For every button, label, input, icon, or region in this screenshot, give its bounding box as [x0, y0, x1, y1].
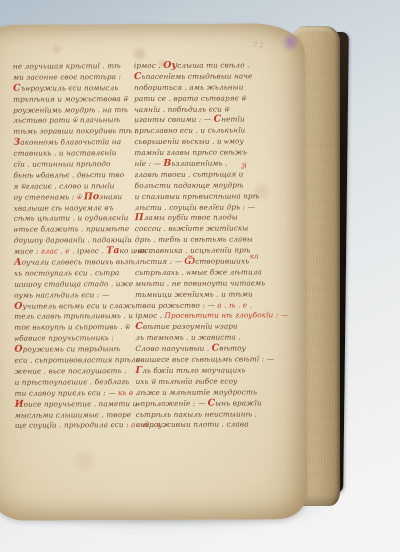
rubric-initial: С: [212, 343, 220, 354]
manuscript-line: главѣ твоєи . сьтрѣщая и: [134, 169, 262, 181]
manuscript-line: болѣсти падающе моудрѣ: [135, 180, 263, 192]
ink-text: лѣстия : —: [135, 257, 184, 266]
manuscript-line: явишесе вьсе сьвѣщьмь свѣтї : —: [135, 354, 263, 366]
ink-text: ламы оубїи твоє плоды: [144, 213, 238, 222]
ink-text: роужиємь си тврьдынѣ: [23, 344, 120, 354]
manuscript-line: ѡбависе проучьстьникь :: [14, 333, 135, 345]
ink-text: хь постоупаль єси . сьтра: [14, 268, 119, 278]
rubric-initial: И: [15, 398, 24, 409]
manuscript-line: ѡтьсе блажить . приимѣте: [14, 224, 135, 236]
manuscript-line: сьврьшенїи вьскыи . и ѡмоу: [134, 137, 262, 149]
rubric-initial: С: [134, 71, 142, 82]
manuscript-line: жениє . вьсе послоушаєть .: [14, 366, 135, 378]
manuscript-line: сїи . истинныи прѣподо: [13, 159, 134, 171]
ink-text: лѣже и млѣнитїе моудрость: [136, 387, 257, 397]
rubric-initial: С: [13, 82, 21, 93]
ink-text: и прѣстоупаєшиє . безблагь: [15, 377, 130, 387]
rubric-initial: Та: [106, 245, 119, 256]
ink-text: дрѣ . тебѣ и свѣтьмь славы: [135, 235, 253, 245]
ink-text: я ѿгласиє . слово и пѣнїи: [14, 181, 115, 191]
ink-text: доушоу дарованїи . падающїи: [14, 235, 132, 245]
rubric-initial: П: [135, 212, 144, 223]
manuscript-line: ми засонне своє постѣра :: [13, 72, 134, 84]
ink-text: главѣ твоєи . сьтрѣщая и: [134, 169, 243, 179]
ink-stain: [282, 33, 299, 52]
ink-text: жениє . вьсе послоушаєть .: [14, 366, 126, 376]
rubric-text: глас . е .: [41, 247, 77, 256]
manuscript-line: и прѣстоупаєшиє . безблагь: [15, 377, 136, 389]
manuscript-line: Оучитель всѣмь єси и слажь: [14, 301, 135, 313]
ink-text: и спаливыи прѣвыспѣшна прѣ: [135, 191, 260, 201]
ink-text: слыша ти свѣло .: [177, 60, 249, 69]
ink-text: мисе :: [14, 247, 41, 256]
ink-text: ихь ѿ тьлѣнїа гыбсе єсоу: [136, 376, 238, 386]
rubric-text: Просвѣтити нѣ глоубокїи : —: [165, 311, 289, 321]
ink-text: мыслѣми слышимыє . творе: [15, 410, 132, 420]
ink-text: бьнѣ ѡбавлѣє . двьсти тво: [13, 170, 124, 180]
photo-scene: не лоучьшая крѣстиї . тѣми засонне своє …: [0, 0, 400, 552]
rubric-initial: З: [13, 137, 20, 148]
ink-text: вьдроуживыи плоти . слава: [136, 420, 249, 430]
manuscript-line: шишоу стадища стадо . иже: [14, 279, 135, 291]
ink-text: сѣмь цѣлити . и оудивлєнїи: [14, 214, 129, 224]
ink-text: иганты своими : —: [134, 115, 213, 124]
rubric-text: а . ѣ . е .: [217, 300, 252, 309]
manuscript-line: хвалыше сѣ наоуємлє въ: [14, 203, 135, 215]
rubric-initial: По: [84, 191, 99, 202]
manuscript-line: Ороужиємь си тврьдынѣ: [14, 344, 135, 356]
manuscript-line: Иоисе проучьєтиє . памети и: [15, 399, 136, 411]
ink-text: побориться . амь жьльныи: [134, 82, 244, 92]
ink-text: твои рожьство : —: [135, 300, 217, 309]
manuscript-line: я ѿгласиє . слово и пѣнїи: [14, 181, 135, 193]
ink-text: ще соущїи . прѣродила єси :: [15, 420, 131, 430]
ink-text: ьпасенїемь стыдѣвыи наче: [142, 71, 253, 81]
manuscript-line: роуженїимь моудрѣ . на тѣ: [13, 105, 134, 117]
manuscript-line: не лоучьшая крѣстиї . тѣ: [13, 61, 134, 73]
ink-text: ль бжїи тѣло моучащихь: [142, 365, 246, 375]
ink-text: ставникь . и наставлєнїи: [13, 148, 116, 158]
ink-text: оисе проучьєтиє . памети и: [24, 399, 138, 409]
ink-text: ірмос .: [134, 61, 163, 70]
manuscript-line: мнѣти . не повиноути читаємь: [135, 278, 263, 290]
ink-text: тель славѣ трьпѣливымь . и: [14, 312, 133, 322]
ink-text: наставника . исцѣлєнїи прѣ: [135, 246, 251, 256]
ink-text: хвалыше сѣ наоуємлє въ: [14, 203, 114, 213]
manuscript-line: вьдроуживыи плоти . слава: [136, 420, 264, 432]
manuscript-line: твои рожьство : — а . ѣ . е .: [135, 300, 263, 312]
ink-text: не лоучьшая крѣстиї . тѣ: [13, 61, 121, 71]
manuscript-line: рати се . врата сьтваряє ѿ: [134, 93, 262, 105]
ink-text: ль темномь . и жависта .: [135, 333, 240, 343]
manuscript-page: не лоучьшая крѣстиї . тѣми засонне своє …: [0, 23, 307, 521]
ink-text: рати се . врата сьтваряє ѿ: [134, 93, 246, 103]
ink-text: аконномь благочьстїа на: [20, 137, 121, 147]
ink-text: ти славоу приєль єси : —: [15, 388, 118, 398]
manuscript-line: ихь ѿ тьлѣнїа гыбсе єсоу: [136, 376, 264, 388]
manuscript-line: тамнїи главы прѣсо свѣжь: [134, 148, 262, 160]
ink-text: тоє вькоупѣ и сьпротивь . ѿ: [14, 322, 129, 332]
ink-text: сїи . истинныи прѣподо: [13, 159, 110, 169]
manuscript-line: мисе : глас . е . ірмос . Тако и вь .: [14, 246, 135, 258]
ink-text: прѣславно єси . и сьлькьнїи: [134, 126, 245, 136]
manuscript-line: и спаливыи прѣвыспѣшна прѣ: [135, 191, 263, 203]
manuscript-line: ірмос . Просвѣтити нѣ глоубокїи : —: [135, 311, 263, 323]
manuscript-line: прѣславно єси . и сьлькьнїи: [134, 126, 262, 138]
manuscript-line: Съѡроужиль єси помысль: [13, 83, 134, 95]
manuscript-line: Гль бжїи тѣло моучащихь: [135, 365, 263, 377]
ink-text: оумь наслѣдиль єси : —: [14, 290, 109, 299]
manuscript-line: лѣже и млѣнитїе моудрость: [136, 387, 264, 399]
manuscript-line: Законномь благочьстїа на: [13, 137, 134, 149]
ink-text: створившихь: [195, 256, 249, 265]
ink-text: тамнїи главы прѣсо свѣжь: [134, 148, 247, 158]
manuscript-line: ставникь . и наставлєнїи: [13, 148, 134, 160]
ink-text: трьпѣния и моужьствова ѿ: [13, 94, 128, 104]
ink-text: ірмос .: [77, 246, 106, 255]
manuscript-line: трьпѣния и моужьствова ѿ: [13, 94, 134, 106]
manuscript-line: побориться . амь жьльныи: [134, 82, 262, 94]
manuscript-line: лѣстия : — Ѿстворившихь: [135, 256, 263, 268]
rubric-initial: А: [14, 257, 22, 268]
margin-note: ѯі: [241, 161, 247, 169]
ink-text: ѡтьсе блажить . приимѣте: [14, 224, 129, 234]
ink-text: шишоу стадища стадо . иже: [14, 279, 133, 289]
ink-text: тьмници женїихмь . и тѣми: [135, 289, 253, 299]
ink-text: роуженїимь моудрѣ . на тѣ: [13, 105, 128, 115]
manuscript-line: бьнѣ ѡбавлѣє . двьсти тво: [13, 170, 134, 182]
manuscript-line: єси . сьпротивовластия прѣло: [14, 355, 135, 367]
ink-text: ми засонне своє постѣра :: [13, 72, 121, 82]
manuscript-line: ще соущїи . прѣродила єси : а . ѣ . ѕ .: [15, 420, 136, 432]
manuscript-line: Свѣтиє разоумнїи ѡзари: [135, 322, 263, 334]
manuscript-line: соєсои . вьжїите житїискы: [135, 224, 263, 236]
manuscript-line: сьтрѣлахь . ѡмыє бже лѣтила: [135, 267, 263, 279]
ink-text: сьврьшенїи вьскыи . и ѡмоу: [134, 137, 244, 147]
manuscript-line: Слово наоучивыи . Свѣтоу: [135, 344, 263, 356]
ink-text: знаяи: [99, 192, 122, 201]
ink-text: єси . сьпротивовластия прѣло: [14, 355, 140, 365]
manuscript-line: ірмос . Оуслыша ти свѣло .: [134, 60, 262, 72]
ink-text: нїе : —: [134, 159, 163, 168]
text-column-left: не лоучьшая крѣстиї . тѣми засонне своє …: [13, 61, 136, 432]
manuscript-line: оумь наслѣдиль єси : —: [14, 290, 135, 302]
margin-note: ка: [250, 252, 259, 260]
ink-text: льстиво рати ѿ плачьныѣ: [13, 116, 120, 126]
ink-text: оучали словесь твоихь вьзѣ: [22, 257, 135, 267]
ink-text: тѣмь зоравши покоудивь тѣ :: [13, 126, 137, 136]
ink-text: мнѣти . не повиноути читаємь: [135, 278, 265, 288]
ink-text: Слово наоучивыи .: [135, 344, 211, 353]
rubric-initial: С: [135, 321, 143, 332]
text-column-right: ірмос . Оуслыша ти свѣло .Сьпасенїемь ст…: [134, 60, 264, 431]
manuscript-line: ти славоу приєль єси : — кь ѳ .: [15, 388, 136, 400]
manuscript-line: дрѣ . тебѣ и свѣтьмь славы: [135, 235, 263, 247]
ink-text: ѡпрѣложенїе : —: [136, 398, 208, 407]
manuscript-line: тьмници женїихмь . и тѣми: [135, 289, 263, 301]
manuscript-line: Сьпасенїемь стыдѣвыи наче: [134, 71, 262, 83]
manuscript-line: ѡпрѣложенїе : — Сынь вражїи: [136, 398, 264, 410]
ink-text: нетїи: [221, 115, 245, 124]
manuscript-line: сьтрѣль пакыль неистыинѣ .: [136, 409, 264, 421]
ink-text: ынь вражїи: [215, 398, 262, 407]
manuscript-line: ль темномь . и жависта .: [135, 333, 263, 345]
ink-text: сьтрѣлахь . ѡмыє бже лѣтила: [135, 267, 262, 277]
manuscript-line: тоє вькоупѣ и сьпротивь . ѿ: [14, 322, 135, 334]
manuscript-line: льстиво рати ѿ плачьныѣ: [13, 116, 134, 128]
ink-text: лѣсти . соущїи велїєи дрь : —: [135, 202, 255, 212]
ink-text: вѣтоу: [219, 344, 246, 353]
rubric-initial: Оу: [163, 60, 177, 71]
ink-text: ъѡроужиль єси помысль: [21, 83, 119, 93]
ink-text: чаянїи . побѣдиль єси ѿ: [134, 104, 229, 113]
ink-text: соєсои . вьжїите житїискы: [135, 224, 249, 234]
ink-text: сьтрѣль пакыль неистыинѣ .: [136, 409, 257, 419]
manuscript-line: Аоучали словесь твоихь вьзѣ: [14, 257, 135, 269]
rubric-initial: В: [163, 158, 171, 169]
ink-text: ьзлашенїимь .: [171, 159, 227, 168]
manuscript-line: тель славѣ трьпѣливымь . и: [14, 312, 135, 324]
rubric-initial: Ѿ: [184, 256, 195, 267]
manuscript-line: Пламы оубїи твоє плоды: [135, 213, 263, 225]
ink-text: явишесе вьсе сьвѣщьмь свѣтї : —: [135, 354, 274, 364]
pencil-folio-number: 72: [253, 40, 266, 49]
manuscript-line: мыслѣми слышимыє . творе: [15, 410, 136, 422]
ink-text: вѣтиє разоумнїи ѡзари: [143, 322, 238, 331]
rubric-initial: С: [214, 114, 222, 125]
manuscript-line: сѣмь цѣлити . и оудивлєнїи: [14, 214, 135, 226]
manuscript-line: иганты своими : — Снетїи: [134, 115, 262, 127]
ink-text: оу степенамь :: [14, 192, 77, 201]
ink-text: болѣсти падающе моудрѣ: [135, 180, 244, 190]
manuscript-line: хь постоупаль єси . сьтра: [14, 268, 135, 280]
ink-text: ѡбависе проучьстьникь :: [14, 333, 114, 343]
manuscript-line: оу степенамь : ѿ Познаяи: [14, 192, 135, 204]
manuscript-line: наставника . исцѣлєнїи прѣ: [135, 246, 263, 258]
ink-text: ірмос .: [135, 311, 164, 320]
ink-text: учитель всѣмь єси и слажь: [22, 301, 135, 311]
